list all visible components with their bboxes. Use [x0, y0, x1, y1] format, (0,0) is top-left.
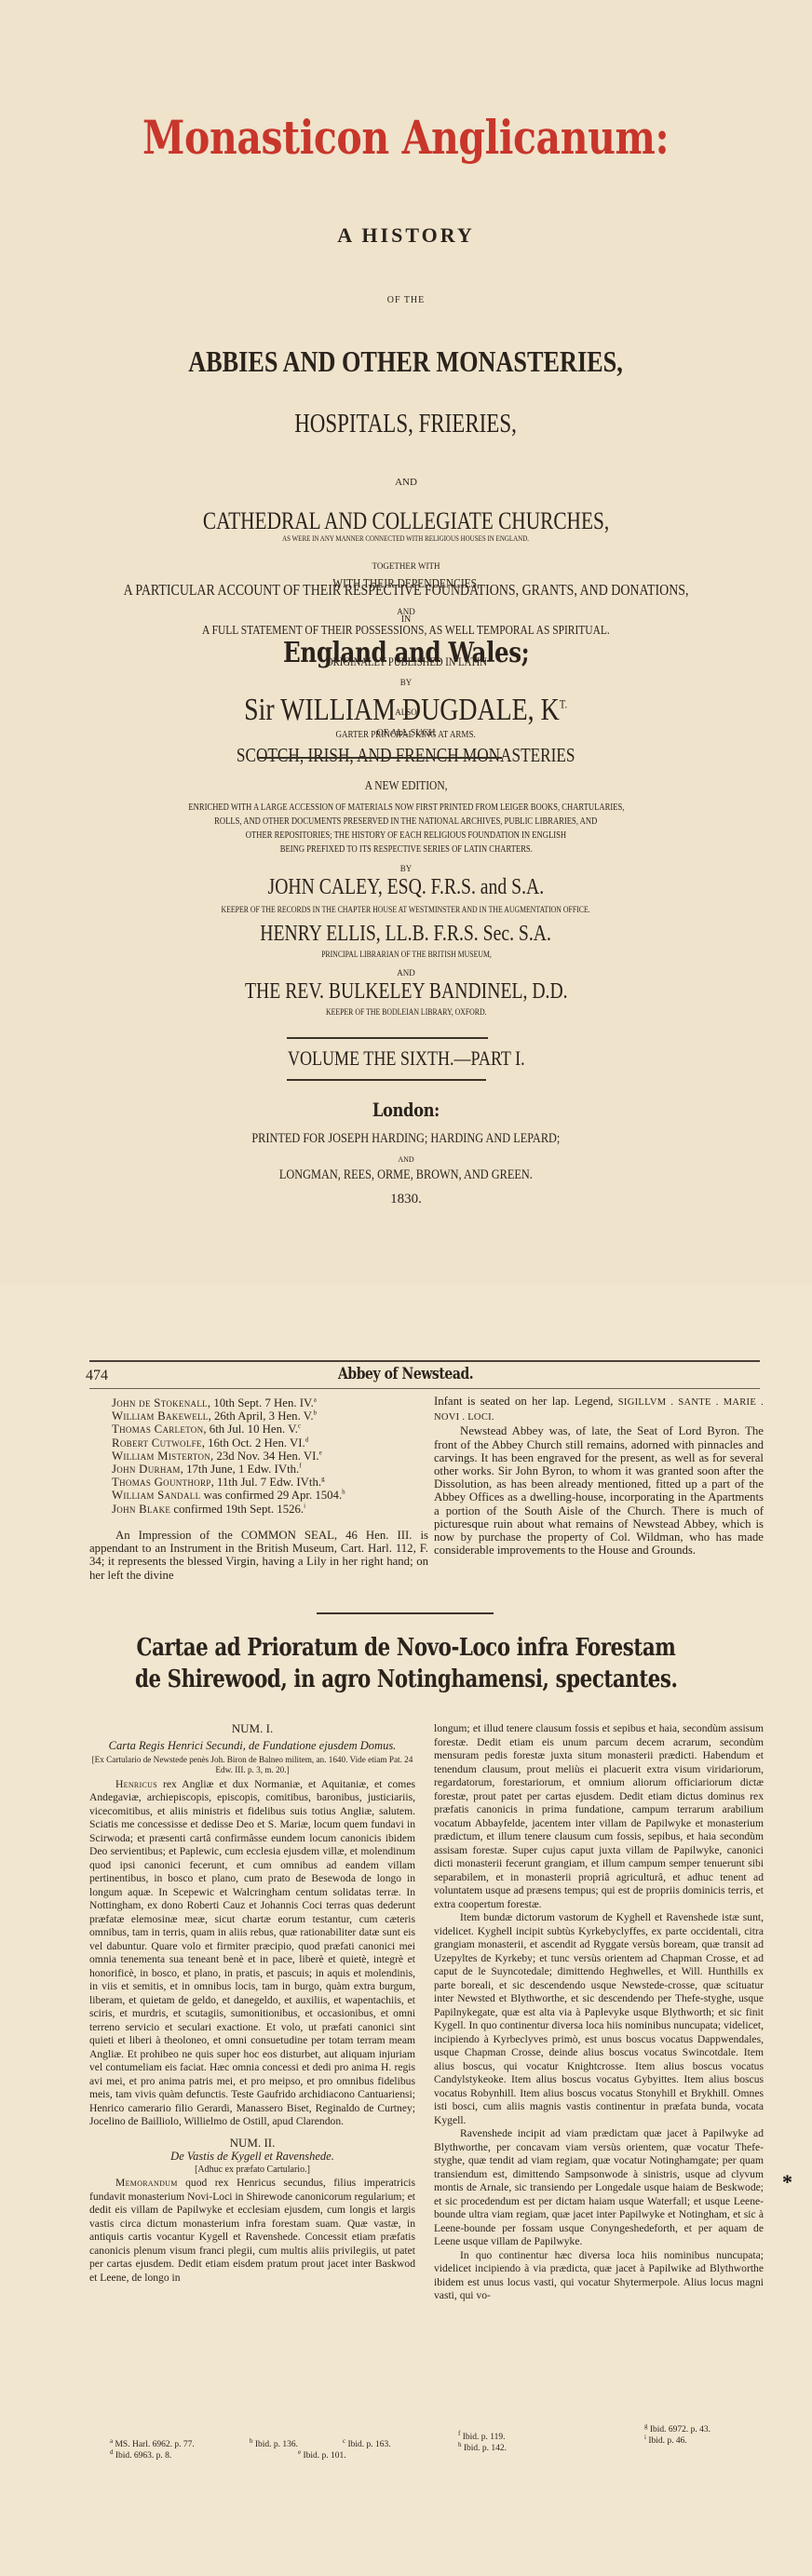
enriched-line: ENRICHED WITH A LARGE ACCESSION OF MATER… — [188, 801, 624, 815]
footnote-mark: f — [458, 2430, 460, 2437]
prior-item: John de Stokenall, 10th Sept. 7 Hen. IV.… — [112, 1396, 428, 1409]
line-abbies-text: ABBIES AND OTHER MONASTERIES, — [189, 344, 624, 379]
london: London: — [0, 1099, 812, 1121]
volume-rule-top — [287, 1037, 488, 1039]
prior-name: Thomas Gounthorp — [112, 1476, 211, 1489]
page-474: 474 Abbey of Newstead. John de Stokenall… — [0, 1285, 812, 2576]
footnote-ref: b — [314, 1409, 318, 1417]
main-title-text: Monasticon Anglicanum: — [142, 110, 669, 165]
line-particular-text: A PARTICULAR ACCOUNT OF THEIR RESPECTIVE… — [124, 581, 689, 600]
enriched-line: OTHER REPOSITORIES; THE HISTORY OF EACH … — [246, 829, 566, 843]
num2-lead: Memorandum — [115, 2177, 178, 2189]
footnote-text: MS. Harl. 6962. p. 77. — [115, 2440, 194, 2449]
num1-title: Carta Regis Henrici Secundi, de Fundatio… — [89, 1739, 415, 1752]
line-hospitals-text: HOSPITALS, FRIERIES, — [295, 410, 518, 439]
footnote-text: Ibid. p. 136. — [255, 2440, 298, 2449]
by-2: BY — [0, 864, 812, 873]
year: 1830. — [0, 1192, 812, 1207]
divider-rule — [258, 757, 502, 759]
footnote-mark: i — [644, 2434, 646, 2441]
footnote-ref: h — [342, 1489, 345, 1496]
enriched-line: BEING PREFIXED TO ITS RESPECTIVE SERIES … — [279, 843, 532, 856]
new-edition-text: A NEW EDITION, — [365, 779, 448, 794]
editor2-name: HENRY ELLIS, LL.B. F.R.S. Sec. S.A. — [0, 922, 812, 947]
header-rule — [89, 1360, 760, 1362]
originally-text: ORIGINALLY PUBLISHED IN LATIN — [326, 654, 487, 669]
longman: LONGMAN, REES, ORME, BROWN, AND GREEN. — [0, 1167, 812, 1183]
printed-for-text: PRINTED FOR JOSEPH HARDING; HARDING AND … — [252, 1131, 561, 1147]
printed-for: PRINTED FOR JOSEPH HARDING; HARDING AND … — [0, 1131, 812, 1147]
footnote-mark: g — [644, 2422, 648, 2430]
num2-heading: NUM. II. — [89, 2137, 415, 2151]
charters-heading-line2: de Shirewood, in agro Notinghamensi, spe… — [135, 1664, 678, 1695]
footnote-mark: b — [250, 2437, 253, 2445]
footnote: c Ibid. p. 163. — [343, 2440, 391, 2450]
charters-heading: Cartae ad Prioratum de Novo-Loco infra F… — [0, 1632, 812, 1695]
line-cathedral: CATHEDRAL AND COLLEGIATE CHURCHES, — [0, 507, 812, 535]
num1-source: [Ex Cartulario de Newstede penès Joh. Bi… — [89, 1755, 415, 1775]
footnote-mark: a — [110, 2437, 113, 2445]
new-edition: A NEW EDITION, — [0, 779, 812, 794]
prior-item: John Blake confirmed 19th Sept. 1526.i — [112, 1503, 428, 1516]
line-full-statement: A FULL STATEMENT OF THEIR POSSESSIONS, A… — [0, 624, 812, 639]
and-1: AND — [0, 477, 812, 488]
title-page: Monasticon Anglicanum: A HISTORY OF THE … — [0, 0, 812, 1285]
priors-list: John de Stokenall, 10th Sept. 7 Hen. IV.… — [112, 1396, 428, 1516]
and-4: AND — [0, 1155, 812, 1164]
footnote: d Ibid. 6963. p. 8. — [110, 2451, 171, 2461]
volume-text: VOLUME THE SIXTH.—PART I. — [288, 1046, 525, 1071]
num1-heading: NUM. I. — [89, 1722, 415, 1736]
together-with: TOGETHER WITH — [0, 561, 812, 571]
prior-item: William Bakewell, 26th April, 3 Hen. V.b — [112, 1409, 428, 1423]
prior-name: William Misterton — [112, 1450, 210, 1463]
right-paragraph-4: In quo continentur hæc diversa loca hiis… — [434, 2249, 764, 2303]
num2-body: quod rex Henricus secundus, filius imper… — [89, 2177, 415, 2284]
author-role-text: GARTER PRINCIPAL KING AT ARMS. — [336, 729, 476, 740]
line-scotch: SCOTCH, IRISH, AND FRENCH MONASTERIES — [0, 744, 812, 767]
line-hospitals: HOSPITALS, FRIERIES, — [0, 410, 812, 439]
author-role: GARTER PRINCIPAL KING AT ARMS. — [0, 729, 812, 740]
prior-item: Thomas Gounthorp, 11th Jul. 7 Edw. IVth.… — [112, 1476, 428, 1489]
enriched-block: ENRICHED WITH A LARGE ACCESSION OF MATER… — [0, 801, 812, 856]
line-particular: A PARTICULAR ACCOUNT OF THEIR RESPECTIVE… — [0, 581, 812, 600]
charter-left-column: NUM. I. Carta Regis Henrici Secundi, de … — [89, 1722, 415, 2285]
prior-name: John Durham — [112, 1463, 181, 1476]
prior-name: William Sandall — [112, 1489, 200, 1502]
margin-asterisk-mark: * — [782, 2170, 792, 2194]
footnote: e Ibid. p. 101. — [298, 2451, 346, 2461]
prior-date: , 6th Jul. 10 Hen. V. — [203, 1423, 298, 1436]
footnote-ref: f — [299, 1463, 301, 1470]
prior-date: confirmed 19th Sept. 1526. — [170, 1503, 304, 1516]
prior-name: William Bakewell — [112, 1409, 209, 1423]
right-paragraph-3: Ravenshede incipit ad viam prædictam quæ… — [434, 2127, 764, 2249]
author-sup: T. — [560, 697, 567, 711]
footnote-text: Ibid. p. 46. — [648, 2436, 686, 2446]
a-history: A HISTORY — [0, 223, 812, 248]
volume-rule-bottom — [287, 1079, 486, 1081]
line-scotch-text: SCOTCH, IRISH, AND FRENCH MONASTERIES — [237, 744, 575, 767]
editor3-role-text: KEEPER OF THE BODLEIAN LIBRARY, OXFORD. — [326, 1008, 487, 1018]
footnote-text: Ibid. p. 119. — [463, 2433, 506, 2442]
newstead-column: Infant is seated on her lap. Legend, SIG… — [434, 1395, 764, 1557]
footnote-mark: e — [298, 2448, 301, 2456]
line-full-statement-text: A FULL STATEMENT OF THEIR POSSESSIONS, A… — [202, 624, 610, 639]
prior-date: , 17th June, 1 Edw. IVth. — [181, 1463, 299, 1476]
prior-name: John de Stokenall — [112, 1396, 208, 1409]
line-abbies: ABBIES AND OTHER MONASTERIES, — [0, 344, 812, 379]
num1-lead: Henricus — [115, 1778, 157, 1790]
longman-text: LONGMAN, REES, ORME, BROWN, AND GREEN. — [279, 1167, 533, 1183]
editor1-role: KEEPER OF THE RECORDS IN THE CHAPTER HOU… — [0, 906, 812, 915]
charter-right-column: longum; et illud tenere clausum fossis e… — [434, 1722, 764, 2303]
editor1-role-text: KEEPER OF THE RECORDS IN THE CHAPTER HOU… — [222, 906, 590, 915]
footnote-text: Ibid. p. 101. — [303, 2451, 345, 2461]
of-the: OF THE — [0, 295, 812, 305]
header-underline — [89, 1388, 760, 1389]
line-as-were: AS WERE IN ANY MANNER CONNECTED WITH REL… — [0, 533, 812, 543]
footnote: f Ibid. p. 119. — [458, 2433, 506, 2443]
footnote: g Ibid. 6972. p. 43. — [644, 2425, 710, 2435]
editor3-role: KEEPER OF THE BODLEIAN LIBRARY, OXFORD. — [0, 1008, 812, 1018]
num1-body: rex Angliæ et dux Normaniæ, et Aquitaniæ… — [89, 1778, 415, 2128]
num2-source: [Adhuc ex præfato Cartulario.] — [89, 2164, 415, 2178]
footnote: b Ibid. p. 136. — [250, 2440, 298, 2450]
line-cathedral-text: CATHEDRAL AND COLLEGIATE CHURCHES, — [203, 507, 609, 535]
prior-date: , 11th Jul. 7 Edw. IVth. — [211, 1476, 321, 1489]
author-name: Sir WILLIAM DUGDALE, K — [244, 693, 560, 727]
editor2-name-text: HENRY ELLIS, LL.B. F.R.S. Sec. S.A. — [261, 922, 552, 947]
editor3-name-text: THE REV. BULKELEY BANDINEL, D.D. — [245, 979, 568, 1005]
enriched-line: ROLLS, AND OTHER DOCUMENTS PRESERVED IN … — [214, 815, 597, 829]
footnote-mark: h — [458, 2441, 462, 2448]
prior-name: Robert Cutwolfe — [112, 1436, 202, 1450]
author: Sir WILLIAM DUGDALE, KT. — [0, 693, 812, 728]
prior-date: , 16th Oct. 2 Hen. VI. — [202, 1436, 305, 1450]
prior-date: , 26th April, 3 Hen. V. — [209, 1409, 314, 1423]
originally: ORIGINALLY PUBLISHED IN LATIN — [0, 654, 812, 669]
footnote-ref: c — [298, 1423, 301, 1430]
london-text: London: — [372, 1099, 440, 1121]
by-1: BY — [0, 678, 812, 687]
prior-item: Thomas Carleton, 6th Jul. 10 Hen. V.c — [112, 1423, 428, 1436]
section-divider — [317, 1612, 494, 1614]
legend-paragraph: Infant is seated on her lap. Legend, SIG… — [434, 1395, 764, 1424]
legend-intro: Infant is seated on her lap. Legend, — [434, 1395, 613, 1408]
editor2-role: PRINCIPAL LIBRARIAN OF THE BRITISH MUSEU… — [0, 951, 812, 960]
footnote-mark: c — [343, 2437, 345, 2445]
footnote: h Ibid. p. 142. — [458, 2444, 507, 2454]
and-2: AND — [0, 607, 812, 616]
main-title: Monasticon Anglicanum: — [0, 110, 812, 165]
seal-text: An Impression of the COMMON SEAL, 46 Hen… — [89, 1529, 428, 1582]
footnote-text: Ibid. 6972. p. 43. — [650, 2425, 710, 2434]
right-paragraph-1: longum; et illud tenere clausum fossis e… — [434, 1722, 764, 1911]
prior-item: Robert Cutwolfe, 16th Oct. 2 Hen. VI.d — [112, 1436, 428, 1450]
footnote-text: Ibid. p. 142. — [464, 2444, 507, 2453]
footnote: a MS. Harl. 6962. p. 77. — [110, 2440, 195, 2450]
charters-heading-line1: Cartae ad Prioratum de Novo-Loco infra F… — [137, 1632, 676, 1664]
editor3-name: THE REV. BULKELEY BANDINEL, D.D. — [0, 979, 812, 1005]
prior-date: , 23d Nov. 34 Hen. VI. — [210, 1450, 319, 1463]
newstead-paragraph: Newstead Abbey was, of late, the Seat of… — [434, 1424, 764, 1557]
running-head: Abbey of Newstead. — [0, 1365, 812, 1383]
editor1-name-text: JOHN CALEY, ESQ. F.R.S. and S.A. — [268, 875, 545, 900]
running-head-text: Abbey of Newstead. — [338, 1365, 473, 1383]
num2-title: De Vastis de Kygell et Ravenshede. — [89, 2150, 415, 2164]
and-3: AND — [0, 968, 812, 978]
prior-name: John Blake — [112, 1503, 170, 1516]
editor2-role-text: PRINCIPAL LIBRARIAN OF THE BRITISH MUSEU… — [321, 951, 492, 960]
prior-item: William Sandall was confirmed 29 Apr. 15… — [112, 1489, 428, 1502]
footnote-ref: g — [321, 1476, 325, 1483]
footnote-ref: i — [304, 1502, 305, 1509]
footnote-ref: e — [319, 1450, 322, 1457]
footnote-text: Ibid. 6963. p. 8. — [115, 2451, 171, 2461]
prior-item: William Misterton, 23d Nov. 34 Hen. VI.e — [112, 1450, 428, 1463]
footnote-mark: d — [110, 2448, 114, 2456]
volume: VOLUME THE SIXTH.—PART I. — [0, 1046, 812, 1071]
line-as-were-text: AS WERE IN ANY MANNER CONNECTED WITH REL… — [283, 533, 530, 543]
footnote-ref: a — [314, 1396, 317, 1404]
prior-name: Thomas Carleton — [112, 1423, 203, 1436]
footnote-ref: d — [305, 1436, 309, 1443]
seal-paragraph: An Impression of the COMMON SEAL, 46 Hen… — [89, 1529, 428, 1582]
prior-item: John Durham, 17th June, 1 Edw. IVth.f — [112, 1463, 428, 1476]
prior-date: was confirmed 29 Apr. 1504. — [200, 1489, 342, 1502]
prior-date: , 10th Sept. 7 Hen. IV. — [208, 1396, 314, 1409]
footnote-text: Ibid. p. 163. — [347, 2440, 390, 2449]
right-paragraph-2: Item bundæ dictorum vastorum de Kyghell … — [434, 1911, 764, 2127]
footnote: i Ibid. p. 46. — [644, 2436, 687, 2447]
editor1-name: JOHN CALEY, ESQ. F.R.S. and S.A. — [0, 875, 812, 900]
